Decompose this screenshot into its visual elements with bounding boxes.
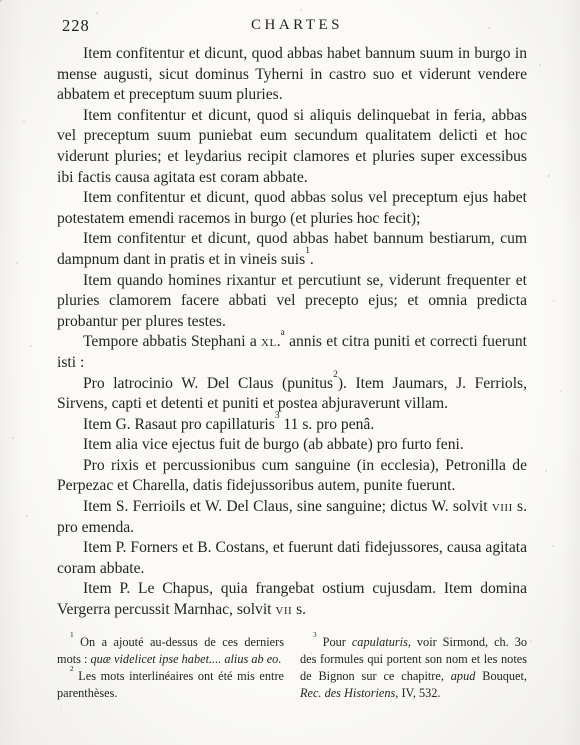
footnote: 3 Pour capulaturis, voir Sirmond, ch. 3o… (300, 634, 527, 702)
footnotes-section: 1 On a ajouté au-dessus de ces derniers … (57, 634, 527, 702)
body-paragraph: Item confitentur et dicunt, quod abbas s… (57, 188, 527, 229)
body-paragraph: Item confitentur et dicunt, quod abbas h… (57, 229, 527, 270)
footnote: 1 On a ajouté au-dessus de ces derniers … (57, 634, 284, 668)
body-paragraph: Item G. Rasaut pro capillaturis3 11 s. p… (57, 415, 527, 436)
running-title: CHARTES (57, 17, 537, 34)
book-page: 228 CHARTES Item confitentur et dicunt, … (57, 14, 527, 702)
body-paragraph: Item confitentur et dicunt, quod si aliq… (57, 106, 527, 188)
main-text-block: Item confitentur et dicunt, quod abbas h… (57, 44, 527, 621)
body-paragraph: Item alia vice ejectus fuit de burgo (ab… (57, 435, 527, 456)
footnote-column-right: 3 Pour capulaturis, voir Sirmond, ch. 3o… (300, 634, 527, 702)
body-paragraph: Pro latrocinio W. Del Claus (punitus2). … (57, 374, 527, 415)
scan-noise-specks (0, 0, 2, 2)
body-paragraph: Item P. Forners et B. Costans, et fuerun… (57, 538, 527, 579)
body-paragraph: Tempore abbatis Stephani a xl.a annis et… (57, 332, 527, 373)
body-paragraph: Item S. Ferrioils et W. Del Claus, sine … (57, 497, 527, 538)
footnote: 2 Les mots interlinéaires ont été mis en… (57, 668, 284, 702)
page-header: 228 CHARTES (57, 14, 527, 36)
body-paragraph: Item confitentur et dicunt, quod abbas h… (57, 44, 527, 106)
body-paragraph: Item quando homines rixantur et percutiu… (57, 271, 527, 333)
footnote-column-left: 1 On a ajouté au-dessus de ces derniers … (57, 634, 284, 702)
body-paragraph: Pro rixis et percussionibus cum sanguine… (57, 456, 527, 497)
body-paragraph: Item P. Le Chapus, quia frangebat ostium… (57, 579, 527, 620)
